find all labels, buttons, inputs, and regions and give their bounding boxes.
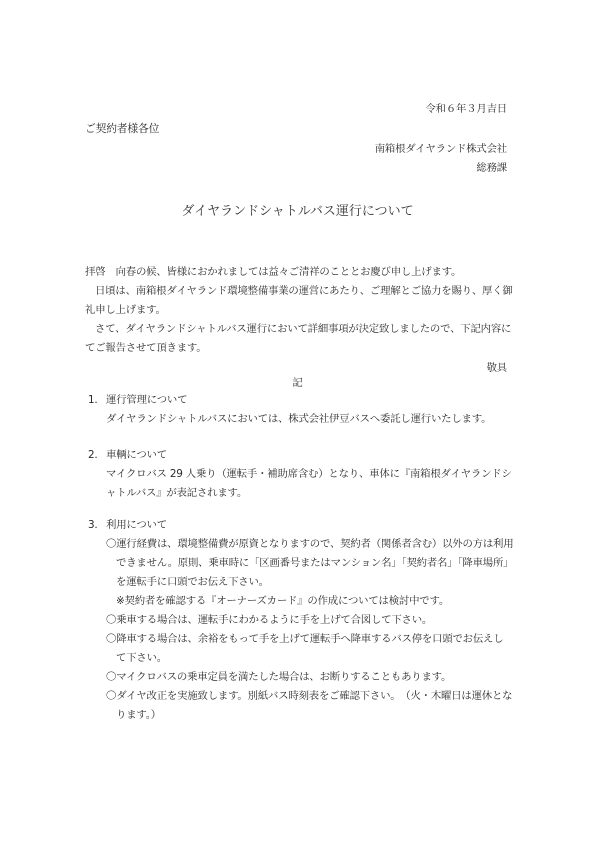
announcement-paragraph: さて、ダイヤランドシャトルバス運行において詳細事項が決定致しましたので、下記内容… bbox=[85, 320, 515, 358]
section-heading-usage: 3.利用について bbox=[88, 516, 167, 531]
closing-keigu: 敬具 bbox=[487, 359, 507, 374]
bullet-text: 〇乗車する場合は、運転手にわかるように手を上げて合図して下さい。 bbox=[106, 614, 432, 626]
section-title: 運行管理について bbox=[106, 394, 187, 406]
section-number: 3. bbox=[88, 519, 106, 531]
section-text-operation: ダイヤランドシャトルバスにおいては、株式会社伊豆バスへ委託し運行いたします。 bbox=[106, 410, 516, 429]
bullet-text: 〇ダイヤ改正を実施致します。別紙バス時刻表をご確認下さい。 （火・木曜日は運休と… bbox=[106, 690, 512, 702]
usage-bullet: 〇ダイヤ改正を実施致します。別紙バス時刻表をご確認下さい。 （火・木曜日は運休と… bbox=[106, 687, 520, 725]
section-heading-operation: 1.運行管理について bbox=[88, 391, 187, 406]
usage-bullet: 〇マイクロバスの乗車定員を満たした場合は、お断りすることもあります。 bbox=[106, 668, 520, 687]
addressee: ご契約者様各位 bbox=[85, 121, 159, 136]
section-number: 1. bbox=[88, 394, 106, 406]
bullet-continuation: できません。原則、乗車時に「区画番号またはマンション名」「契約者名」「降車場所」… bbox=[106, 554, 520, 592]
department-name: 総務課 bbox=[476, 159, 507, 174]
section-text-vehicle: マイクロバス 29 人乗り（運転手・補助席含む）となり、車体に『南箱根ダイヤラン… bbox=[106, 465, 516, 503]
section-title: 利用について bbox=[106, 519, 167, 531]
bullet-text: 〇運行経費は、環境整備費が原資となりますので、契約者（関係者含む）以外の方は利用 bbox=[106, 538, 513, 550]
bullet-continuation: て下さい。 bbox=[106, 649, 520, 668]
section-title: 車輌について bbox=[106, 449, 167, 461]
usage-bullet: 〇降車する場合は、余裕をもって手を上げて運転手へ降車するバス停を口頭でお伝えし … bbox=[106, 630, 520, 668]
bullet-continuation: ります。） bbox=[106, 706, 520, 725]
document-title: ダイヤランドシャトルバス運行について bbox=[0, 200, 595, 219]
owners-card-note: ※契約者を確認する『オーナーズカード』の作成については検討中です。 bbox=[116, 592, 449, 607]
document-date: 令和６年３月吉日 bbox=[425, 100, 507, 115]
company-name: 南箱根ダイヤランド株式会社 bbox=[375, 140, 507, 155]
usage-bullet: 〇運行経費は、環境整備費が原資となりますので、契約者（関係者含む）以外の方は利用… bbox=[106, 535, 520, 592]
section-heading-vehicle: 2.車輌について bbox=[88, 446, 167, 461]
ki-marker: 記 bbox=[0, 374, 595, 389]
section-number: 2. bbox=[88, 449, 106, 461]
usage-bullet: 〇乗車する場合は、運転手にわかるように手を上げて合図して下さい。 bbox=[106, 611, 520, 630]
bullet-text: 〇降車する場合は、余裕をもって手を上げて運転手へ降車するバス停を口頭でお伝えし bbox=[106, 633, 503, 645]
greeting-line: 拝啓 向春の候、皆様におかれましては益々ご清祥のこととお慶び申し上げます。 bbox=[85, 263, 515, 282]
bullet-text: 〇マイクロバスの乗車定員を満たした場合は、お断りすることもあります。 bbox=[106, 671, 451, 683]
greeting-paragraph: 日頃は、南箱根ダイヤランド環境整備事業の運営にあたり、ご理解とご協力を賜り、厚く… bbox=[85, 282, 515, 320]
